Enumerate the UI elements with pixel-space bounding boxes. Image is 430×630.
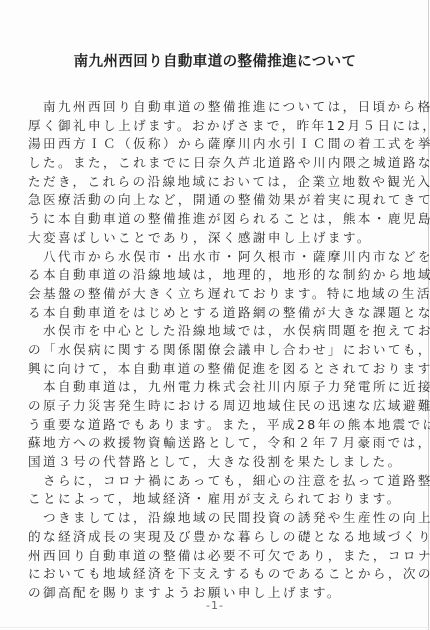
body-line: においても地域経済を下支えするものであることから，次の事項について特段 [28, 565, 400, 584]
body-line: ことによって，地域経済・雇用が支えられております。 [28, 490, 400, 509]
body-line: 蘇地方への救援物資輸送路として，令和２年７月豪雨では，通行不能となった [28, 434, 400, 453]
body-line: 湯田西方ＩＣ（仮称）から薩摩川内水引ＩＣ間の着工式を挙行していただきま [28, 135, 400, 154]
document-page: 南九州西回り自動車道の整備推進について 南九州西回り自動車道の整備推進については… [0, 0, 430, 630]
document-body: 南九州西回り自動車道の整備推進については，日頃から格別の御高配を賜り， 厚く御礼… [28, 98, 400, 603]
body-line: 八代市から水俣市・出水市・阿久根市・薩摩川内市などを経て鹿児島市に至 [28, 248, 400, 267]
body-line: の原子力災害発生時における周辺地域住民の迅速な広域避難に大きな役割を担 [28, 397, 400, 416]
body-line: 会基盤の整備が大きく立ち遅れております。特に地域の生活や産業活動を支え [28, 285, 400, 304]
scan-border-bottom [0, 627, 430, 628]
page-number: -1- [0, 599, 430, 612]
body-line: る本自動車道の沿線地域は，地理的，地形的な制約から地域の発展に必要な社 [28, 266, 400, 285]
body-line: 南九州西回り自動車道の整備推進については，日頃から格別の御高配を賜り， [28, 98, 400, 117]
body-line: 水俣市を中心とした沿線地域では，水俣病問題を抱えており，平成９年６月 [28, 322, 400, 341]
document-title: 南九州西回り自動車道の整備推進について [0, 53, 430, 71]
body-line: う重要な道路でもあります。また，平成28年の熊本地震では，熊本都市圏や阿 [28, 416, 400, 435]
body-line: 急医療活動の向上など，開通の整備効果が着実に現れてきております。このよ [28, 191, 400, 210]
body-line: 大変喜ばしいことであり，深く感謝申し上げます。 [28, 229, 400, 248]
body-line: 本自動車道は，九州電力株式会社川内原子力発電所に近接しており，万が一 [28, 378, 400, 397]
body-line: る本自動車道をはじめとする道路網の整備が大きな課題となっております。 [28, 304, 400, 323]
body-line: さらに，コロナ禍にあっても，細心の注意を払って道路整備を継続している [28, 472, 400, 491]
body-line: うに本自動車道の整備推進が図られることは，熊本・鹿児島両県にとりまして [28, 210, 400, 229]
body-line: 厚く御礼申し上げます。おかげさまで，昨年12月５日には，阿久根川内道路の [28, 117, 400, 136]
body-line: した。また，これまでに日奈久芦北道路や川内隈之城道路などの開通をしてい [28, 154, 400, 173]
body-line: 的な経済成長の実現及び豊かな暮らしの礎となる地域づくりを進める上で南九 [28, 528, 400, 547]
body-line: ただき，これらの沿線地域においては，企業立地数や観光入込客数の増加，救 [28, 173, 400, 192]
body-line: の「水俣病に関する関係閣僚会議申し合わせ」においても，同地域の再生・振 [28, 341, 400, 360]
body-line: つきましては，沿線地域の民間投資の誘発や生産性の向上など，力強く持続 [28, 509, 400, 528]
body-line: 国道３号の代替路として，大きな役割を果たしました。 [28, 453, 400, 472]
body-line: 州西回り自動車道の整備は必要不可欠であり，また，コロナ禍からの回復局面 [28, 547, 400, 566]
body-line: 興に向けて，本自動車道の整備促進を図るとされております。 [28, 360, 400, 379]
